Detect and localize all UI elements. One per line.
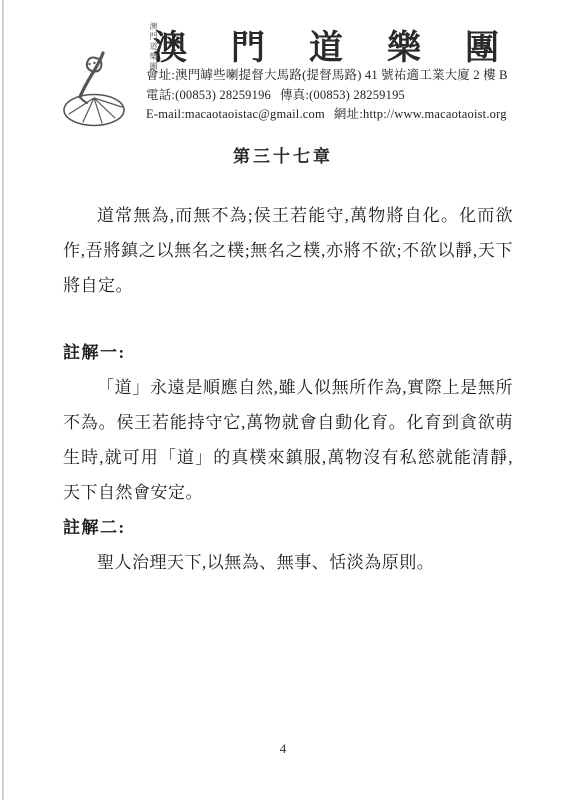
fax-value: (00853) 28259195 (309, 88, 405, 102)
fax-label: 傳真: (280, 88, 309, 102)
phone-value: (00853) 28259196 (175, 88, 271, 102)
website-value: http://www.macaotaoist.org (363, 107, 507, 121)
document-body: 道常無為,而無不為;侯王若能守,萬物將自化。化而欲作,吾將鎮之以無名之樸;無名之… (63, 198, 513, 580)
email-value: macaotaoistac@gmail.com (185, 107, 325, 121)
website-label: 網址: (334, 107, 363, 121)
page-number: 4 (0, 741, 566, 757)
address-value: 澳門罅些喇提督大馬路(提督馬路) 41 號祐適工業大廈 2 樓 B (175, 68, 508, 82)
email-label: E-mail: (146, 107, 185, 121)
phone-fax-line: 電話:(00853) 28259196傳真:(00853) 28259195 (146, 86, 508, 106)
note1-heading: 註解一: (63, 335, 513, 370)
taoist-brush-logo-icon (56, 26, 160, 130)
note2-heading: 註解二: (63, 510, 513, 545)
address-line: 會址:澳門罅些喇提督大馬路(提督馬路) 41 號祐適工業大廈 2 樓 B (146, 66, 508, 86)
email-website-line: E-mail:macaotaoistac@gmail.com網址:http://… (146, 105, 508, 125)
scanned-document-page: 澳門道樂團 澳門道樂團 會址:澳門罅些喇提督大馬路(提督馬路) 41 號祐適工業… (0, 0, 566, 800)
org-title: 澳門道樂團 (153, 20, 543, 69)
phone-label: 電話: (146, 88, 175, 102)
chapter-title: 第三十七章 (0, 142, 566, 167)
address-label: 會址: (146, 68, 175, 82)
contact-block: 會址:澳門罅些喇提督大馬路(提督馬路) 41 號祐適工業大廈 2 樓 B 電話:… (146, 66, 508, 125)
note2-paragraph: 聖人治理天下,以無為、無事、恬淡為原則。 (63, 545, 513, 580)
scripture-paragraph: 道常無為,而無不為;侯王若能守,萬物將自化。化而欲作,吾將鎮之以無名之樸;無名之… (63, 198, 513, 303)
scan-edge-artifact (2, 0, 4, 800)
note1-paragraph: 「道」永遠是順應自然,雖人似無所作為,實際上是無所不為。侯王若能持守它,萬物就會… (63, 370, 513, 510)
